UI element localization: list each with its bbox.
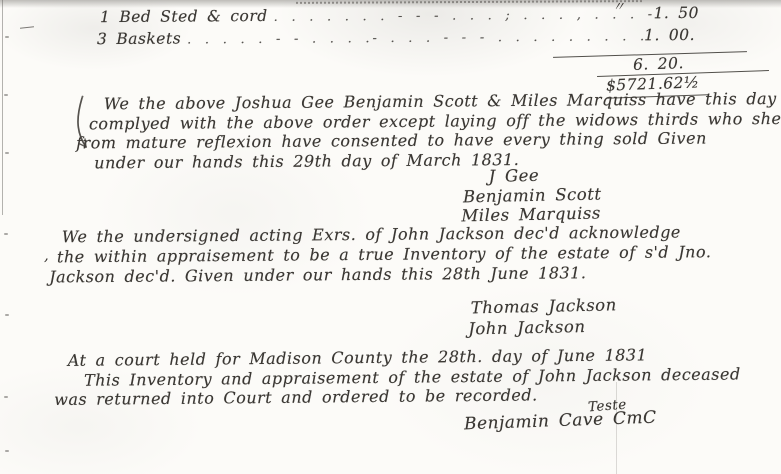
executors-statement: We the undersigned acting Exrs. of John … [0,222,712,288]
subtotal-amount: 6. 20. [633,54,684,74]
inventory-item-amount: 1. 00. [644,26,695,44]
inventory-item-label: 1 Bed Sted & cord [100,7,268,26]
inventory-item-amount: 1. 50 [653,4,699,22]
inventory-item-label: 3 Baskets [97,30,181,49]
court-record: At a court held for Madison County the 2… [0,344,741,410]
inventory-row: 3 Baskets . . . . . - - . . . .- . . . -… [97,26,695,48]
signature: Thomas Jackson [455,295,617,319]
statement-line: Jackson dec'd. Given under our hands thi… [0,263,712,289]
stray-dash-mark [20,26,34,28]
appraisers-statement: We the above Joshua Gee Benjamin Scott &… [0,89,781,174]
dotted-leader: . . . . . . . - - - . . . ; . . . , . . … [268,7,654,25]
clerk-signature: Benjamin Cave CmC [464,408,657,435]
margin-tick [5,314,9,316]
executor-signatures: Thomas Jackson John Jackson [455,295,618,339]
signature: John Jackson [455,316,617,340]
margin-tick [5,450,9,452]
dotted-leader: . . . . . - - . . . .- . . . - - - . . .… [181,29,644,47]
margin-pen-stroke [66,95,100,157]
margin-tick [5,36,9,38]
scanned-probate-document: 〃 1 Bed Sted & cord . . . . . . . - - - … [0,0,781,474]
cutoff-dotted-leader [296,0,642,4]
appraiser-signatures: J Gee Benjamin Scott Miles Marquiss [454,164,602,226]
inventory-row: 1 Bed Sted & cord . . . . . . . - - - . … [100,4,699,26]
